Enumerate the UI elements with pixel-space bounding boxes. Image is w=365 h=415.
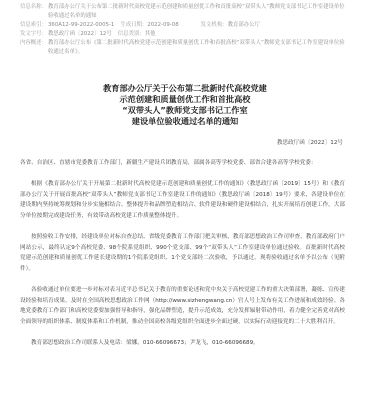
document-number: 教思政厅函〔2022〕12号 <box>277 138 343 146</box>
addressee: 各省、自治区、直辖市党委教育工作部门，新疆生产建设兵团教育局，部属各高等学校党委… <box>20 158 345 169</box>
meta-info-name-row: 信息名称： 教育部办公厅关于公布第二批新时代高校党建示范创建和质量创优工作和首批… <box>20 3 350 21</box>
meta-doc-number-value: 教思政厅函〔2022〕12号 <box>48 30 112 39</box>
body-paragraph-3: 各验收通过单位要进一步对标对表习近平总书记关于教育的重要论述和党中央关于高校党建… <box>20 285 345 327</box>
title-line-1: 教育部办公厅关于公布第二批新时代高校党建 <box>40 83 330 94</box>
meta-info-name-value: 教育部办公厅关于公布第二批新时代高校党建示范创建和质量创优工作和首批高校“双带头… <box>48 3 350 21</box>
meta-summary-label: 内容概述： <box>20 39 48 57</box>
document-title: 教育部办公厅关于公布第二批新时代高校党建 示范创建和质量创优工作和首批高校 “双… <box>40 83 330 127</box>
meta-summary-row: 内容概述： 教育部办公厅公布《第二批新时代高校党建示范创建和质量创优工作和首批高… <box>20 39 350 57</box>
document-metadata: 信息名称： 教育部办公厅关于公布第二批新时代高校党建示范创建和质量创优工作和首批… <box>20 3 350 57</box>
meta-category-value: 其他 <box>145 30 156 39</box>
meta-index-label: 信息索引： <box>20 21 48 30</box>
meta-index-row: 信息索引： 360A12-99-2022-0005-1 生成日期： 2022-0… <box>20 21 350 30</box>
title-line-4: 建设单位验收通过名单的通知 <box>40 116 330 127</box>
body-paragraph-2: 按照验收工作安排，经建设单位对标自查总结、省级党委教育工作部门把关审核、教育部思… <box>20 232 345 274</box>
body-paragraph-1: 根据《教育部办公厅关于开展第二批新时代高校党建示范创建和质量创优工作的通知》（教… <box>20 179 345 221</box>
document-body: 各省、自治区、直辖市党委教育工作部门，新疆生产建设兵团教育局，部属各高等学校党委… <box>20 158 345 359</box>
meta-date-value: 2022-09-08 <box>147 21 178 30</box>
meta-info-name-label: 信息名称： <box>20 3 48 21</box>
meta-issuer-label: 发文机构： <box>201 21 228 30</box>
meta-category-label: 信息类别： <box>118 30 145 39</box>
meta-index-value: 360A12-99-2022-0005-1 <box>48 21 114 30</box>
title-line-2: 示范创建和质量创优工作和首批高校 <box>40 94 330 105</box>
meta-doc-number-row: 发文字号： 教思政厅函〔2022〕12号 信息类别： 其他 <box>20 30 350 39</box>
contact-paragraph: 教育部思想政治工作司联系人及电话：梁娜，010-66096673；尹龙飞，010… <box>20 338 345 349</box>
meta-issuer-value: 教育部办公厅 <box>228 21 260 30</box>
title-line-3: “双带头人”教师党支部书记工作室 <box>40 105 330 116</box>
meta-doc-number-label: 发文字号： <box>20 30 48 39</box>
meta-date-label: 生成日期： <box>120 21 147 30</box>
meta-summary-value: 教育部办公厅公布《第二批新时代高校党建示范创建和质量创优工作和首批高校“双带头人… <box>48 39 350 57</box>
